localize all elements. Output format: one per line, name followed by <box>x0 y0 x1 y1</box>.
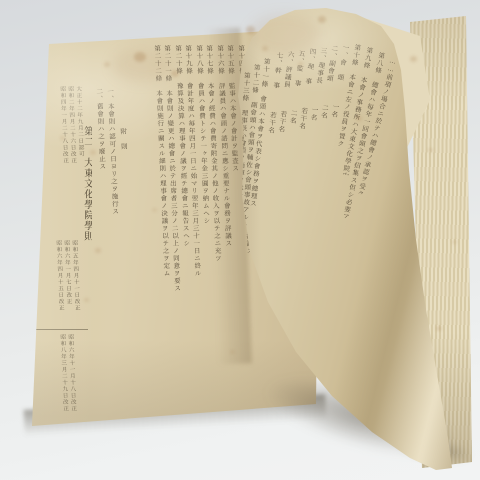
date-column: 昭和六年十一月十八日改正 <box>64 334 79 422</box>
date-column: 昭和八年三月二十九日改正 <box>56 334 71 422</box>
left-page-number: 八一 <box>24 336 35 366</box>
book-photo: 第十四條 理事ハ理事會ヲ組織シ本會ノ重要ナル會務ヲ決議ス第十五條 監事ハ本會ノ會… <box>0 0 480 480</box>
divider-rule <box>30 329 88 330</box>
